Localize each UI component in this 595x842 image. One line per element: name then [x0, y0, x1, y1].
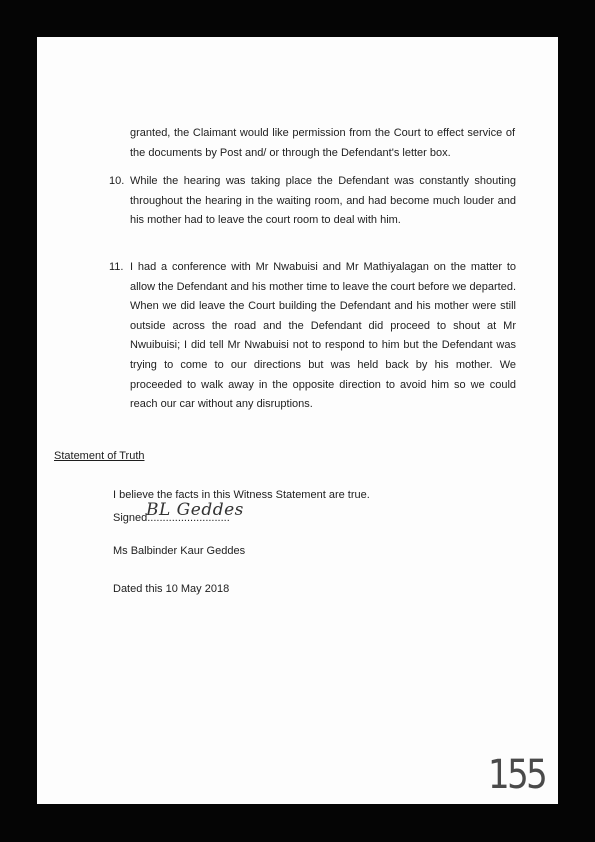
paragraph-11: I had a conference with Mr Nwabuisi and …	[130, 258, 516, 415]
paragraph-number: 10.	[109, 172, 124, 192]
paragraph-number: 11.	[109, 258, 123, 278]
paragraph-continuation: granted, the Claimant would like permiss…	[130, 124, 515, 163]
handwritten-page-number: 155	[488, 752, 545, 798]
paragraph-10: While the hearing was taking place the D…	[130, 172, 516, 231]
signatory-name: Ms Balbinder Kaur Geddes	[113, 545, 245, 557]
handwritten-signature: BL Geddes	[146, 500, 244, 520]
statement-of-truth-heading: Statement of Truth	[54, 450, 145, 462]
document-page: granted, the Claimant would like permiss…	[37, 37, 558, 804]
date-line: Dated this 10 May 2018	[113, 583, 229, 595]
